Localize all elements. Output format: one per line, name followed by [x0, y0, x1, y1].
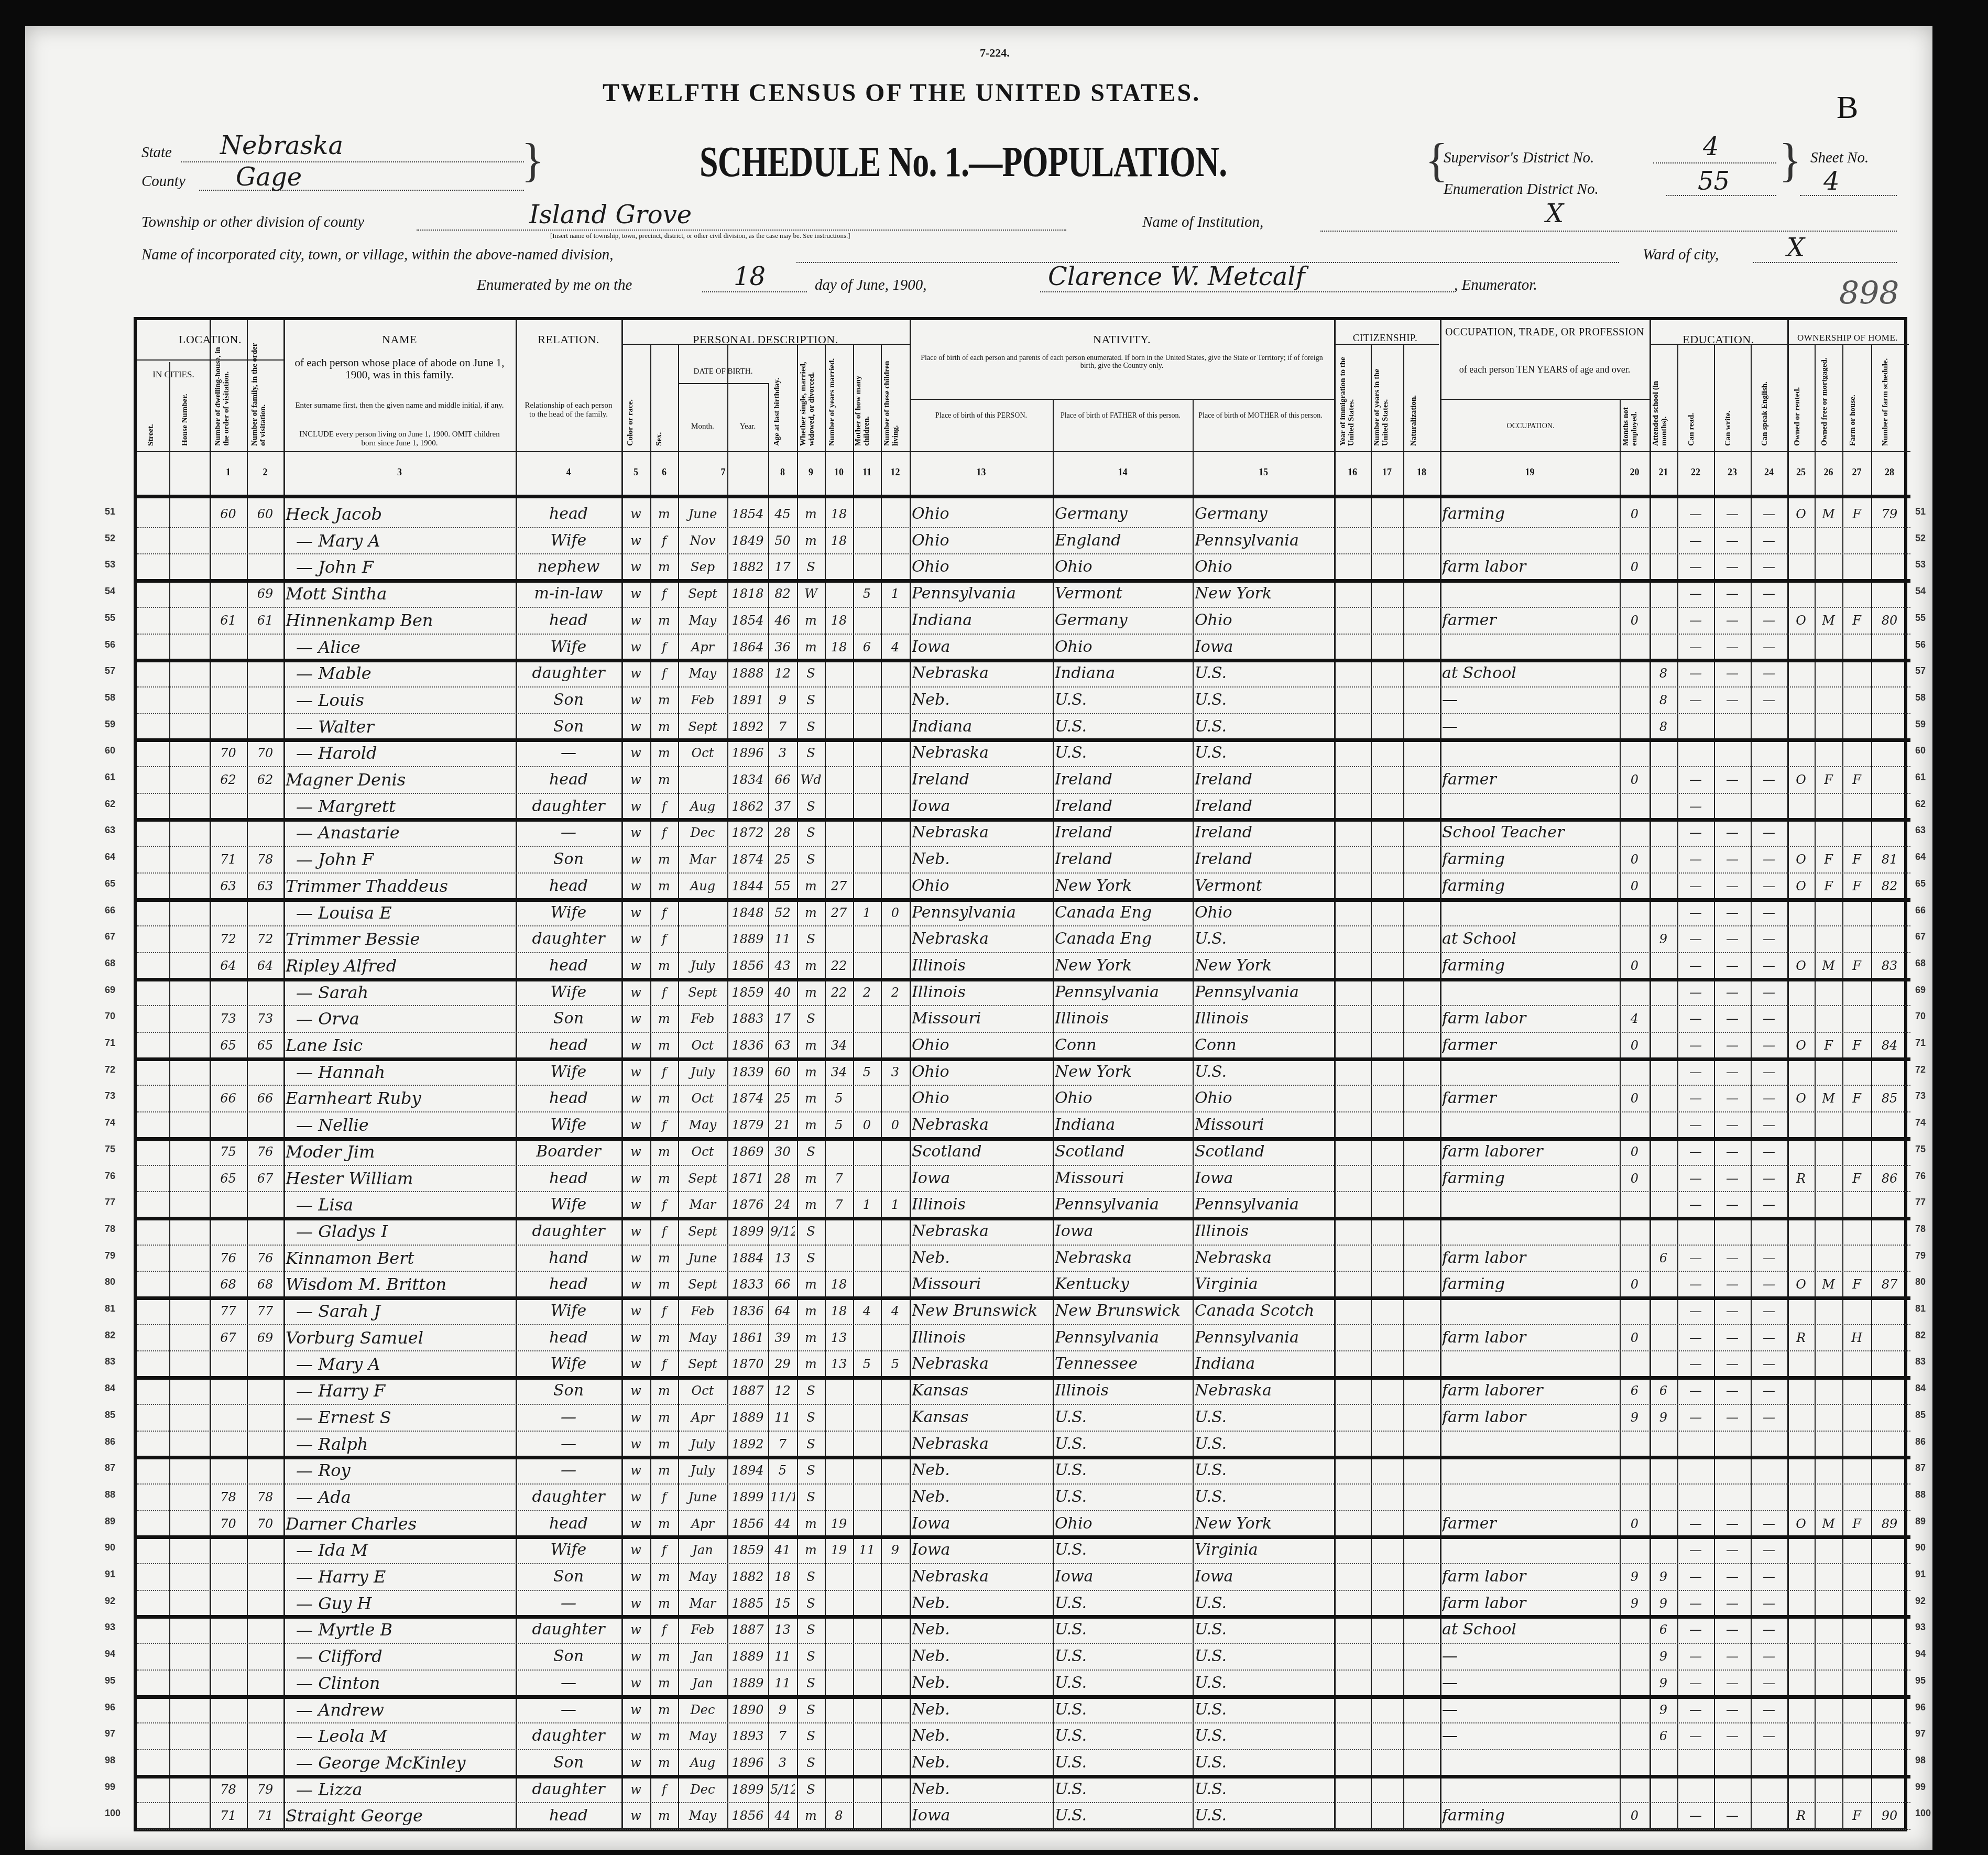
- line-number: 81: [1915, 1303, 1926, 1314]
- cell-free: [1817, 1750, 1840, 1776]
- cell-eng: —: [1753, 1378, 1785, 1404]
- cell-write: —: [1716, 554, 1749, 581]
- cell-dw: [212, 581, 245, 607]
- cell-bf: Vermont: [1055, 581, 1190, 607]
- line-number: 85: [1915, 1410, 1926, 1421]
- cell-year: 1869: [729, 1139, 766, 1165]
- cell-free: [1817, 1325, 1840, 1351]
- cell-color: w: [624, 1803, 648, 1829]
- cell-farm: [1844, 820, 1869, 846]
- cell-month: [680, 926, 725, 953]
- cell-write: [1716, 1457, 1749, 1484]
- cell-sex: f: [652, 528, 676, 554]
- cell-bm: Ohio: [1195, 900, 1332, 926]
- cell-eng: —: [1753, 1564, 1785, 1590]
- cell-bp: Ireland: [912, 767, 1051, 793]
- cell-mo: [855, 1006, 879, 1032]
- cell-month: Sept: [680, 979, 725, 1006]
- cell-rel: —: [518, 1404, 619, 1431]
- cell-ch: [883, 1776, 908, 1803]
- cell-age: 36: [770, 634, 795, 661]
- cell-write: —: [1716, 1032, 1749, 1059]
- cell-free: [1817, 714, 1840, 740]
- cell-color: w: [624, 1617, 648, 1643]
- cell-mo: [855, 1218, 879, 1245]
- cell-free: M: [1817, 1085, 1840, 1112]
- cell-sex: m: [652, 1165, 676, 1192]
- cell-unemp: 0: [1622, 1139, 1647, 1165]
- line-number: 98: [105, 1755, 115, 1766]
- cell-bp: Ohio: [912, 1059, 1051, 1086]
- cell-free: [1817, 660, 1840, 687]
- cell-sex: m: [652, 1431, 676, 1458]
- line-number: 68: [105, 958, 115, 969]
- cell-eng: —: [1753, 873, 1785, 900]
- hdr-year: Year.: [727, 422, 768, 431]
- cell-read: —: [1679, 767, 1712, 793]
- cell-unemp: [1622, 1245, 1647, 1272]
- cell-sex: f: [652, 634, 676, 661]
- cell-read: —: [1679, 581, 1712, 607]
- cell-free: [1817, 1643, 1840, 1670]
- cell-fam: 70: [249, 740, 281, 767]
- cell-ym: [827, 793, 851, 820]
- cell-fam: 60: [249, 501, 281, 528]
- line-number: 78: [105, 1224, 115, 1235]
- column-divider: [1650, 320, 1651, 1829]
- cell-mar: S: [799, 1457, 823, 1484]
- cell-year: 1892: [729, 714, 766, 740]
- cell-mar: m: [799, 1298, 823, 1325]
- cell-mo: [855, 1723, 879, 1750]
- cell-farm: [1844, 1697, 1869, 1723]
- cell-own: [1789, 581, 1812, 607]
- cell-fam: [249, 1457, 281, 1484]
- line-number: 64: [105, 852, 115, 863]
- row-divider: [137, 495, 1910, 498]
- enumerator-line: [1040, 291, 1454, 292]
- cell-write: —: [1716, 1723, 1749, 1750]
- cell-sched: [1873, 1564, 1906, 1590]
- cell-bf: Canada Eng: [1055, 900, 1190, 926]
- cell-bp: Nebraska: [912, 660, 1051, 687]
- cell-fam: [249, 900, 281, 926]
- cell-unemp: 9: [1622, 1590, 1647, 1617]
- cell-fam: 64: [249, 953, 281, 979]
- cell-bm: Ireland: [1195, 846, 1332, 873]
- cell-mo: [855, 1404, 879, 1431]
- line-number: 54: [105, 586, 115, 597]
- cell-ch: [883, 1484, 908, 1511]
- cell-year: 1889: [729, 1670, 766, 1697]
- institution-line: [1320, 231, 1897, 232]
- cell-ch: [883, 1218, 908, 1245]
- cell-eng: —: [1753, 767, 1785, 793]
- cell-rel: —: [518, 1431, 619, 1458]
- cell-mar: m: [799, 1112, 823, 1139]
- cell-bp: Nebraska: [912, 1351, 1051, 1378]
- cell-eng: [1753, 1218, 1785, 1245]
- cell-bm: Nebraska: [1195, 1378, 1332, 1404]
- cell-occ: [1442, 1112, 1618, 1139]
- cell-write: [1716, 1218, 1749, 1245]
- cell-ch: [883, 846, 908, 873]
- cell-read: —: [1679, 1590, 1712, 1617]
- cell-rel: daughter: [518, 1723, 619, 1750]
- cell-name: Darner Charles: [286, 1511, 514, 1537]
- cell-unemp: [1622, 1617, 1647, 1643]
- line-number: 54: [1915, 586, 1926, 597]
- cell-own: [1789, 687, 1812, 714]
- cell-color: w: [624, 1139, 648, 1165]
- cell-ym: 18: [827, 1271, 851, 1298]
- cell-bp: Neb.: [912, 687, 1051, 714]
- cell-ym: [827, 1404, 851, 1431]
- cell-rel: head: [518, 607, 619, 634]
- cell-name: — Margrett: [286, 793, 524, 820]
- cell-mo: 11: [855, 1537, 879, 1564]
- cell-free: F: [1817, 846, 1840, 873]
- cell-bm: U.S.: [1195, 1404, 1332, 1431]
- cell-fam: [249, 687, 281, 714]
- column-divider: [247, 320, 248, 1829]
- cell-ch: [883, 1139, 908, 1165]
- cell-occ: farmer: [1442, 1511, 1618, 1537]
- cell-read: [1679, 1750, 1712, 1776]
- line-number: 93: [105, 1622, 115, 1633]
- day-line: [702, 291, 807, 292]
- cell-name: — Guy H: [286, 1590, 524, 1617]
- cell-unemp: [1622, 687, 1647, 714]
- cell-sex: m: [652, 1139, 676, 1165]
- line-number: 73: [1915, 1090, 1926, 1101]
- cell-eng: —: [1753, 554, 1785, 581]
- column-number: 15: [1193, 467, 1334, 478]
- cell-eng: —: [1753, 687, 1785, 714]
- cell-write: —: [1716, 528, 1749, 554]
- hdr-naturalization: Naturalization.: [1410, 357, 1418, 446]
- line-number: 81: [105, 1303, 115, 1314]
- cell-unemp: [1622, 1484, 1647, 1511]
- cell-ch: [883, 1803, 908, 1829]
- cell-ym: [827, 1617, 851, 1643]
- column-number: 6: [650, 467, 678, 478]
- cell-month: May: [680, 1564, 725, 1590]
- cell-ch: [883, 1431, 908, 1458]
- cell-bm: Ohio: [1195, 607, 1332, 634]
- cell-sex: f: [652, 793, 676, 820]
- cell-rel: Wife: [518, 979, 619, 1006]
- cell-farm: F: [1844, 767, 1869, 793]
- cell-year: 1849: [729, 528, 766, 554]
- cell-sex: f: [652, 926, 676, 953]
- cell-write: —: [1716, 581, 1749, 607]
- cell-age: 44: [770, 1511, 795, 1537]
- cell-ch: [883, 926, 908, 953]
- line-number: 69: [105, 985, 115, 996]
- cell-own: O: [1789, 1271, 1812, 1298]
- cell-farm: [1844, 1484, 1869, 1511]
- cell-bm: U.S.: [1195, 1803, 1332, 1829]
- cell-unemp: [1622, 1351, 1647, 1378]
- cell-bf: U.S.: [1055, 1803, 1190, 1829]
- cell-bm: Canada Scotch: [1195, 1298, 1332, 1325]
- column-number: 23: [1714, 467, 1751, 478]
- cell-write: —: [1716, 1006, 1749, 1032]
- cell-read: —: [1679, 1006, 1712, 1032]
- cell-year: 1896: [729, 740, 766, 767]
- cell-sex: f: [652, 581, 676, 607]
- cell-ch: [883, 687, 908, 714]
- cell-color: w: [624, 1218, 648, 1245]
- cell-color: w: [624, 979, 648, 1006]
- cell-color: w: [624, 740, 648, 767]
- cell-ym: [827, 1218, 851, 1245]
- cell-write: —: [1716, 1059, 1749, 1086]
- cell-sched: [1873, 767, 1906, 793]
- cell-farm: [1844, 926, 1869, 953]
- hdr-occupation-group: OCCUPATION, TRADE, OR PROFESSION: [1440, 326, 1650, 338]
- cell-rel: —: [518, 1590, 619, 1617]
- cell-mar: m: [799, 1085, 823, 1112]
- cell-month: Mar: [680, 846, 725, 873]
- cell-occ: [1442, 1059, 1618, 1086]
- cell-sched: [1873, 1537, 1906, 1564]
- cell-occ: farmer: [1442, 1085, 1618, 1112]
- cell-eng: —: [1753, 1298, 1785, 1325]
- cell-mar: S: [799, 554, 823, 581]
- cell-sch: [1652, 1431, 1675, 1458]
- line-number: 65: [1915, 878, 1926, 889]
- cell-ch: 9: [883, 1537, 908, 1564]
- cell-own: [1789, 1006, 1812, 1032]
- cell-sch: [1652, 1059, 1675, 1086]
- cell-name: — Clifford: [286, 1643, 524, 1670]
- cell-read: —: [1679, 687, 1712, 714]
- cell-occ: farmer: [1442, 767, 1618, 793]
- cell-write: [1716, 793, 1749, 820]
- cell-age: 17: [770, 554, 795, 581]
- cell-ym: 19: [827, 1537, 851, 1564]
- cell-bm: Missouri: [1195, 1112, 1332, 1139]
- cell-free: M: [1817, 607, 1840, 634]
- cell-free: [1817, 1564, 1840, 1590]
- cell-write: —: [1716, 900, 1749, 926]
- line-number: 96: [1915, 1702, 1926, 1713]
- cell-write: —: [1716, 1564, 1749, 1590]
- cell-color: w: [624, 1192, 648, 1218]
- cell-mo: [855, 1697, 879, 1723]
- line-number: 76: [105, 1171, 115, 1182]
- hdr-farm-schedule: Number of farm schedule.: [1882, 357, 1890, 446]
- institution-value: X: [1546, 199, 1564, 228]
- cell-sch: [1652, 1750, 1675, 1776]
- cell-free: F: [1817, 873, 1840, 900]
- cell-sex: m: [652, 1271, 676, 1298]
- cell-bp: Pennsylvania: [912, 581, 1051, 607]
- cell-bm: Vermont: [1195, 873, 1332, 900]
- cell-sch: [1652, 634, 1675, 661]
- cell-ym: [827, 1750, 851, 1776]
- cell-mar: m: [799, 1271, 823, 1298]
- cell-eng: [1753, 1750, 1785, 1776]
- cell-own: O: [1789, 767, 1812, 793]
- cell-mar: S: [799, 1245, 823, 1272]
- cell-own: O: [1789, 501, 1812, 528]
- cell-mo: 5: [855, 581, 879, 607]
- cell-own: [1789, 979, 1812, 1006]
- cell-sched: [1873, 979, 1906, 1006]
- cell-read: —: [1679, 1643, 1712, 1670]
- cell-bf: New York: [1055, 873, 1190, 900]
- cell-mo: [855, 793, 879, 820]
- column-number: 17: [1371, 467, 1403, 478]
- cell-bf: Iowa: [1055, 1218, 1190, 1245]
- cell-eng: —: [1753, 634, 1785, 661]
- form-letter: B: [1837, 89, 1858, 126]
- cell-rel: daughter: [518, 926, 619, 953]
- cell-read: —: [1679, 1670, 1712, 1697]
- cell-unemp: [1622, 1218, 1647, 1245]
- line-number: 99: [105, 1782, 115, 1793]
- cell-name: Ripley Alfred: [286, 953, 514, 979]
- cell-month: July: [680, 1457, 725, 1484]
- cell-month: May: [680, 1803, 725, 1829]
- cell-eng: [1753, 1484, 1785, 1511]
- cell-farm: [1844, 793, 1869, 820]
- cell-free: [1817, 581, 1840, 607]
- cell-name: — Walter: [286, 714, 524, 740]
- cell-dw: 63: [212, 873, 245, 900]
- cell-bf: Nebraska: [1055, 1245, 1190, 1272]
- cell-fam: 61: [249, 607, 281, 634]
- cell-fam: 78: [249, 846, 281, 873]
- cell-occ: farming: [1442, 846, 1618, 873]
- cell-color: w: [624, 873, 648, 900]
- cell-eng: —: [1753, 979, 1785, 1006]
- cell-sch: [1652, 740, 1675, 767]
- cell-dw: [212, 1059, 245, 1086]
- cell-unemp: [1622, 1298, 1647, 1325]
- cell-rel: —: [518, 820, 619, 846]
- cell-bp: Neb.: [912, 1697, 1051, 1723]
- cell-write: —: [1716, 1697, 1749, 1723]
- cell-free: M: [1817, 501, 1840, 528]
- cell-eng: —: [1753, 607, 1785, 634]
- line-number: 94: [105, 1649, 115, 1660]
- sheet-line: [1800, 195, 1897, 196]
- cell-age: 17: [770, 1006, 795, 1032]
- cell-sex: m: [652, 1511, 676, 1537]
- hdr-free-mortgaged: Owned free or mortgaged.: [1821, 357, 1829, 446]
- cell-farm: H: [1844, 1325, 1869, 1351]
- cell-sex: m: [652, 554, 676, 581]
- cell-own: [1789, 1617, 1812, 1643]
- cell-sch: [1652, 1218, 1675, 1245]
- hdr-mother-of: Mother of how many children.: [855, 352, 873, 446]
- cell-own: [1789, 1431, 1812, 1458]
- cell-ym: [827, 581, 851, 607]
- cell-sched: [1873, 1378, 1906, 1404]
- cell-eng: —: [1753, 1643, 1785, 1670]
- cell-year: 1879: [729, 1112, 766, 1139]
- cell-bf: Ireland: [1055, 793, 1190, 820]
- cell-mo: 1: [855, 1192, 879, 1218]
- cell-unemp: [1622, 714, 1647, 740]
- cell-bm: U.S.: [1195, 1643, 1332, 1670]
- cell-color: w: [624, 528, 648, 554]
- cell-sched: [1873, 1404, 1906, 1431]
- cell-dw: 66: [212, 1085, 245, 1112]
- cell-sched: 87: [1873, 1271, 1906, 1298]
- cell-rel: daughter: [518, 1617, 619, 1643]
- cell-free: [1817, 1378, 1840, 1404]
- cell-age: 30: [770, 1139, 795, 1165]
- cell-farm: [1844, 1218, 1869, 1245]
- cell-bm: U.S.: [1195, 660, 1332, 687]
- cell-bp: Neb.: [912, 1484, 1051, 1511]
- brace-left: }: [521, 134, 544, 188]
- cell-own: [1789, 793, 1812, 820]
- cell-name: — Lisa: [286, 1192, 524, 1218]
- cell-ym: [827, 1139, 851, 1165]
- cell-sex: f: [652, 1776, 676, 1803]
- cell-sex: m: [652, 767, 676, 793]
- cell-mar: S: [799, 1431, 823, 1458]
- cell-occ: farm labor: [1442, 1325, 1618, 1351]
- cell-name: — Orva: [286, 1006, 524, 1032]
- ward-value: X: [1787, 233, 1805, 263]
- cell-name: — Ida M: [286, 1537, 524, 1564]
- cell-sch: [1652, 501, 1675, 528]
- cell-read: —: [1679, 846, 1712, 873]
- cell-ym: [827, 1006, 851, 1032]
- cell-bf: Indiana: [1055, 660, 1190, 687]
- cell-rel: Wife: [518, 1537, 619, 1564]
- cell-year: 1854: [729, 607, 766, 634]
- cell-year: 1856: [729, 1511, 766, 1537]
- line-number: 53: [1915, 559, 1926, 570]
- cell-month: Apr: [680, 1511, 725, 1537]
- hdr-immigration-year: Year of immigration to the United States…: [1339, 357, 1358, 446]
- cell-sex: f: [652, 900, 676, 926]
- cell-free: [1817, 1059, 1840, 1086]
- cell-bp: Ohio: [912, 1032, 1051, 1059]
- line-number: 70: [1915, 1011, 1926, 1022]
- cell-bf: Kentucky: [1055, 1271, 1190, 1298]
- cell-age: 18: [770, 1564, 795, 1590]
- column-number: 3: [283, 467, 516, 478]
- cell-eng: [1753, 740, 1785, 767]
- cell-ch: [883, 873, 908, 900]
- cell-name: — Nellie: [286, 1112, 524, 1139]
- column-number: 27: [1842, 467, 1871, 478]
- cell-name: Straight George: [286, 1803, 514, 1829]
- cell-dw: 78: [212, 1484, 245, 1511]
- cell-fam: [249, 1537, 281, 1564]
- cell-mar: m: [799, 528, 823, 554]
- cell-eng: —: [1753, 1032, 1785, 1059]
- cell-eng: —: [1753, 1112, 1785, 1139]
- hdr-sex: Sex.: [656, 362, 664, 446]
- cell-free: [1817, 1803, 1840, 1829]
- line-number: 88: [105, 1489, 115, 1500]
- cell-own: [1789, 1378, 1812, 1404]
- cell-rel: Son: [518, 714, 619, 740]
- cell-bf: Germany: [1055, 607, 1190, 634]
- row-divider: [910, 399, 1334, 400]
- cell-mar: S: [799, 1139, 823, 1165]
